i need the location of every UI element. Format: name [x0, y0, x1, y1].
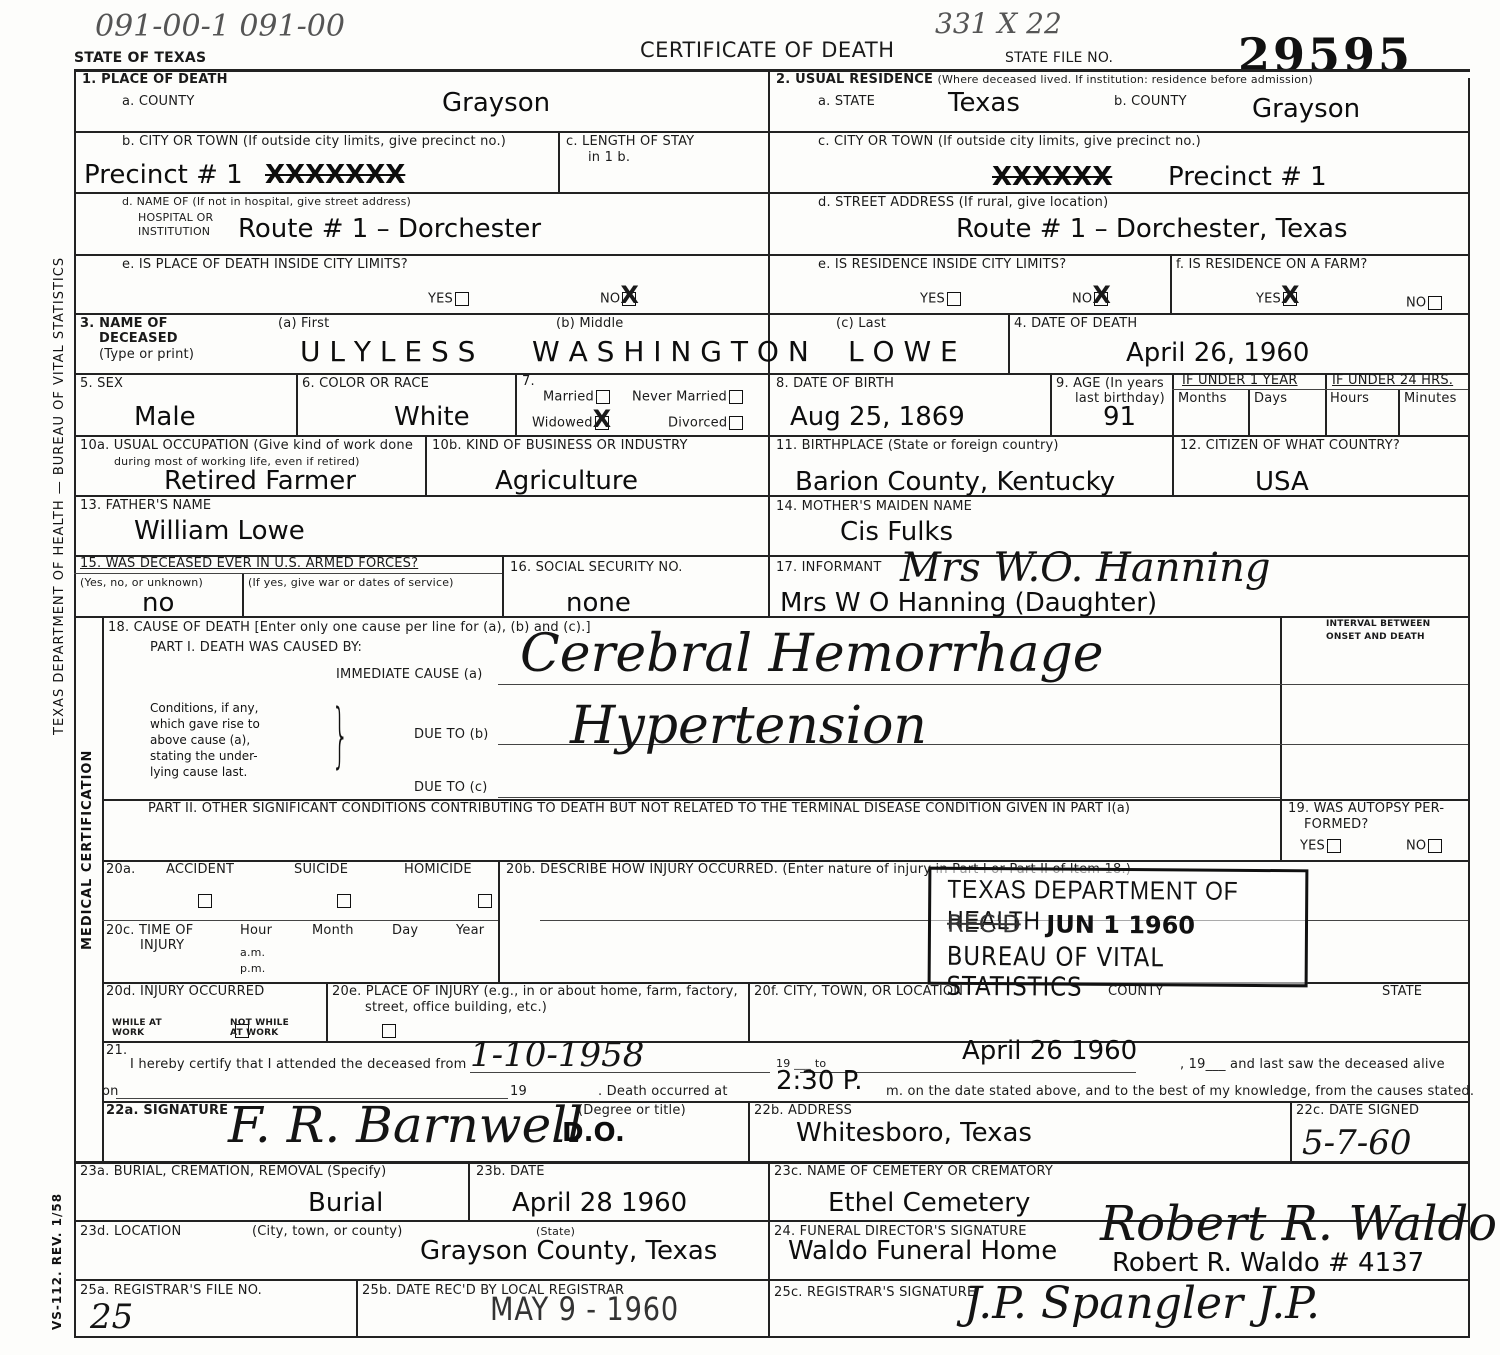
- residence-limits-no[interactable]: NO: [1072, 292, 1108, 307]
- usual-residence-note: (Where deceased lived. If institution: r…: [937, 73, 1312, 86]
- address-label: 22b. ADDRESS: [754, 1104, 852, 1119]
- inside-city-limits-label: e. IS PLACE OF DEATH INSIDE CITY LIMITS?: [122, 258, 408, 273]
- note-line: lying cause last.: [150, 764, 260, 780]
- attended-to-date[interactable]: April 26 1960: [962, 1038, 1137, 1064]
- city-town-label: b. CITY OR TOWN (If outside city limits,…: [122, 135, 506, 150]
- stamp-line2: REC'D JUN 1 1960: [947, 910, 1195, 940]
- father-name[interactable]: William Lowe: [134, 518, 305, 544]
- residence-city-label: c. CITY OR TOWN (If outside city limits,…: [818, 135, 1201, 150]
- date-of-death[interactable]: April 26, 1960: [1126, 340, 1309, 366]
- frame-left: [74, 69, 76, 1337]
- col-line: [296, 373, 298, 435]
- col-line: [558, 131, 560, 193]
- row-line: [74, 616, 1470, 618]
- certification-label: 21.: [106, 1044, 127, 1059]
- state-file-label: STATE FILE NO.: [1005, 50, 1113, 66]
- degree-label: (Degree or title): [578, 1104, 686, 1119]
- autopsy-yes[interactable]: YES: [1300, 839, 1341, 854]
- registrar-signature: J.P. Spangler J.P.: [964, 1282, 1320, 1326]
- no-label: NO: [1406, 839, 1426, 854]
- race[interactable]: White: [394, 404, 470, 430]
- date-signed[interactable]: 5-7-60: [1302, 1126, 1412, 1160]
- marital-married[interactable]: Married: [543, 390, 610, 405]
- place-of-injury-label: 20e. PLACE OF INJURY (e.g., in or about …: [332, 985, 738, 1000]
- col-line: [748, 982, 750, 1042]
- col-line: [1170, 254, 1172, 314]
- col-line: [768, 1161, 770, 1336]
- certify-text: I hereby certify that I attended the dec…: [130, 1058, 466, 1073]
- never-married-label: Never Married: [632, 390, 727, 405]
- checkbox-homicide[interactable]: [478, 894, 492, 908]
- death-time[interactable]: 2:30 P.: [776, 1068, 863, 1094]
- department-side-label: TEXAS DEPARTMENT OF HEALTH — BUREAU OF V…: [52, 257, 67, 735]
- row-line: [74, 313, 1470, 315]
- hospital-institution[interactable]: Route # 1 – Dorchester: [238, 216, 541, 242]
- birthplace-label: 11. BIRTHPLACE (State or foreign country…: [776, 439, 1059, 454]
- checkbox-yes-checked[interactable]: [1283, 292, 1297, 306]
- form-number-side-label: VS-112. REV. 1/58: [50, 1193, 64, 1330]
- registrar-file-no[interactable]: 25: [90, 1300, 133, 1334]
- place-of-death-county[interactable]: Grayson: [442, 90, 550, 116]
- medical-inner-border: [102, 616, 104, 1161]
- hour-label: Hour: [240, 924, 272, 939]
- brace-icon: }: [331, 700, 349, 770]
- sex-label: 5. SEX: [80, 377, 123, 392]
- hospital-label-2: HOSPITAL OR: [138, 212, 213, 225]
- hours-label: Hours: [1330, 392, 1369, 407]
- residence-state-label: a. STATE: [818, 95, 875, 110]
- injury-occurred-label: 20d. INJURY OCCURRED: [106, 985, 264, 1000]
- row-line: [1172, 389, 1468, 390]
- checkbox-no-checked[interactable]: [1094, 292, 1108, 306]
- not-while-at-work-label: NOT WHILE AT WORK: [230, 1018, 294, 1038]
- stamp-date: JUN 1 1960: [1046, 911, 1195, 940]
- checkbox-yes[interactable]: [1327, 839, 1341, 853]
- street-address-label: d. STREET ADDRESS (If rural, give locati…: [818, 196, 1108, 211]
- checkbox-suicide[interactable]: [337, 894, 351, 908]
- residence-city[interactable]: Precinct # 1: [1168, 164, 1327, 190]
- last-saw-text: , 19___ and last saw the deceased alive: [1180, 1058, 1445, 1073]
- under-24hrs-label: IF UNDER 24 HRS.: [1332, 374, 1453, 389]
- checkbox-yes[interactable]: [455, 292, 469, 306]
- race-label: 6. COLOR OR RACE: [302, 377, 429, 392]
- certify-text-3: m. on the date stated above, and to the …: [886, 1085, 1474, 1100]
- funeral-director-name[interactable]: Robert R. Waldo # 4137: [1112, 1250, 1424, 1276]
- checkbox-married[interactable]: [596, 390, 610, 404]
- informant-label: 17. INFORMANT: [776, 561, 881, 576]
- burial-date[interactable]: April 28 1960: [512, 1190, 687, 1216]
- no-label: NO: [1072, 292, 1092, 307]
- yes-label: YES: [428, 292, 453, 307]
- cause-line-a: [498, 684, 1468, 685]
- residence-limits-yes[interactable]: YES: [920, 292, 961, 307]
- last-name-label: (c) Last: [836, 317, 886, 332]
- usual-occupation[interactable]: Retired Farmer: [164, 468, 356, 494]
- days-label: Days: [1254, 392, 1287, 407]
- farm-yes[interactable]: YES: [1256, 292, 1297, 307]
- conditions-note: Conditions, if any, which gave rise to a…: [150, 700, 260, 780]
- frame-bottom: [74, 1336, 1470, 1338]
- pm-label: p.m.: [240, 963, 266, 976]
- first-name-label: (a) First: [278, 317, 329, 332]
- col-line: [1325, 373, 1327, 435]
- cause-line-c: [498, 797, 1280, 798]
- no-label: NO: [1406, 296, 1426, 311]
- residence-county-label: b. COUNTY: [1114, 95, 1187, 110]
- col-line: [1172, 373, 1174, 495]
- injury-type-label: 20a.: [106, 863, 135, 878]
- last-name[interactable]: L O W E: [848, 338, 958, 366]
- accident-label: ACCIDENT: [166, 863, 234, 878]
- inside-limits-no[interactable]: NO: [600, 292, 636, 307]
- widowed-label: Widowed: [532, 416, 593, 431]
- minutes-label: Minutes: [1404, 392, 1457, 407]
- col-line: [1290, 1101, 1292, 1161]
- time-of-injury-label-2: INJURY: [140, 939, 184, 954]
- row-line: [74, 254, 1470, 256]
- father-label: 13. FATHER'S NAME: [80, 499, 211, 514]
- time-of-injury-label: 20c. TIME OF: [106, 924, 193, 939]
- cemetery-name[interactable]: Ethel Cemetery: [828, 1190, 1030, 1216]
- injury-city-label: 20f. CITY, TOWN, OR LOCATION: [754, 985, 963, 1000]
- inside-limits-yes[interactable]: YES: [428, 292, 469, 307]
- date-of-death-label: 4. DATE OF DEATH: [1014, 317, 1137, 332]
- citizen-label: 12. CITIZEN OF WHAT COUNTRY?: [1180, 439, 1400, 454]
- armed-forces-label: 15. WAS DECEASED EVER IN U.S. ARMED FORC…: [80, 557, 418, 572]
- county-label: a. COUNTY: [122, 95, 194, 110]
- physician-address[interactable]: Whitesboro, Texas: [796, 1120, 1032, 1146]
- divorced-label: Divorced: [668, 416, 727, 431]
- checkbox-no-checked[interactable]: [622, 292, 636, 306]
- hospital-label: d. NAME OF (If not in hospital, give str…: [122, 196, 411, 209]
- state-label: STATE OF TEXAS: [74, 50, 206, 66]
- col-line: [326, 982, 328, 1042]
- frame-right: [1468, 78, 1470, 1338]
- interval-label: INTERVAL BETWEEN: [1326, 619, 1430, 629]
- col-line: [1050, 373, 1052, 435]
- social-security-no[interactable]: none: [566, 590, 631, 616]
- funeral-home[interactable]: Waldo Funeral Home: [788, 1238, 1057, 1264]
- under-year-label: IF UNDER 1 YEAR: [1182, 374, 1298, 389]
- occupation-label: 10a. USUAL OCCUPATION (Give kind of work…: [80, 439, 413, 454]
- autopsy-label-2: FORMED?: [1304, 818, 1368, 833]
- mother-label: 14. MOTHER'S MAIDEN NAME: [776, 500, 972, 515]
- interval-column-line: [1280, 616, 1282, 861]
- note-line: stating the under-: [150, 748, 260, 764]
- immediate-cause[interactable]: Cerebral Hemorrhage: [520, 628, 1104, 680]
- yes-label: YES: [1256, 292, 1281, 307]
- am-label: a.m.: [240, 947, 265, 960]
- signature-label: 22a. SIGNATURE: [106, 1104, 228, 1119]
- col-line: [425, 435, 427, 495]
- due-to-b-label: DUE TO (b): [414, 728, 489, 743]
- autopsy-label: 19. WAS AUTOPSY PER-: [1288, 802, 1444, 817]
- place-of-death-city[interactable]: Precinct # 1: [84, 162, 243, 188]
- degree[interactable]: D.O.: [562, 1120, 625, 1146]
- struck-text: XXXXXX: [992, 164, 1112, 190]
- kind-of-business[interactable]: Agriculture: [495, 468, 638, 494]
- row-line: [102, 920, 498, 921]
- note-line: Conditions, if any,: [150, 700, 260, 716]
- checkbox-never-married[interactable]: [729, 390, 743, 404]
- name-of-deceased-label: 3. NAME OF: [80, 317, 168, 332]
- part2-label: PART II. OTHER SIGNIFICANT CONDITIONS CO…: [148, 802, 1130, 817]
- age[interactable]: 91: [1103, 404, 1136, 430]
- armed-forces-sub2: (If yes, give war or dates of service): [248, 577, 454, 590]
- dob-label: 8. DATE OF BIRTH: [776, 377, 894, 392]
- col-line: [1398, 390, 1400, 435]
- checkbox-widowed-checked[interactable]: [595, 416, 609, 430]
- residence-inside-limits-label: e. IS RESIDENCE INSIDE CITY LIMITS?: [818, 258, 1066, 273]
- cemetery-label: 23c. NAME OF CEMETERY OR CREMATORY: [774, 1165, 1053, 1180]
- farm-no[interactable]: NO: [1406, 296, 1442, 311]
- col-line: [356, 1279, 358, 1336]
- name-of-deceased-label-2: DECEASED: [99, 332, 178, 347]
- usual-residence-label: 2. USUAL RESIDENCE: [776, 72, 933, 87]
- physician-signature: F. R. Barnwell: [228, 1100, 583, 1150]
- place-of-injury-label-2: street, office building, etc.): [365, 1001, 547, 1016]
- row-line: [74, 131, 1470, 133]
- birthplace[interactable]: Barion County, Kentucky: [795, 469, 1115, 495]
- burial-method[interactable]: Burial: [308, 1190, 383, 1216]
- month-label: Month: [312, 924, 354, 939]
- checkbox-accident[interactable]: [198, 894, 212, 908]
- row-line: [74, 573, 502, 574]
- homicide-label: HOMICIDE: [404, 863, 472, 878]
- cause-of-death-label: 18. CAUSE OF DEATH [Enter only one cause…: [108, 621, 591, 636]
- col-line: [1008, 313, 1010, 373]
- married-label: Married: [543, 390, 594, 405]
- death-occurred-label: . Death occurred at: [598, 1085, 728, 1100]
- hospital-label-3: INSTITUTION: [138, 226, 210, 239]
- informant[interactable]: Mrs W O Hanning (Daughter): [780, 590, 1157, 616]
- yes-label: YES: [1300, 839, 1325, 854]
- col-line: [468, 1161, 470, 1221]
- year-label: Year: [456, 924, 484, 939]
- part1-label: PART I. DEATH WAS CAUSED BY:: [150, 641, 362, 656]
- handwritten-code-left: 091-00-1 091-00: [95, 12, 345, 42]
- on-label: on: [102, 1085, 119, 1100]
- months-label: Months: [1178, 392, 1227, 407]
- ssn-label: 16. SOCIAL SECURITY NO.: [510, 561, 683, 576]
- type-or-print-label: (Type or print): [99, 348, 194, 363]
- residence-state[interactable]: Texas: [948, 90, 1020, 116]
- residence-county[interactable]: Grayson: [1252, 96, 1360, 122]
- date-received[interactable]: MAY 9 - 1960: [490, 1290, 679, 1328]
- checkbox-not-while-at-work[interactable]: [382, 1024, 396, 1038]
- checkbox-divorced[interactable]: [729, 416, 743, 430]
- col-line: [242, 573, 244, 616]
- burial-date-label: 23b. DATE: [476, 1165, 545, 1180]
- checkbox-no[interactable]: [1428, 296, 1442, 310]
- registrar-signature-label: 25c. REGISTRAR'S SIGNATURE: [774, 1286, 975, 1301]
- first-name[interactable]: U L Y L E S S: [300, 338, 475, 366]
- stamp-recd: REC'D: [947, 910, 1021, 939]
- industry-label: 10b. KIND OF BUSINESS OR INDUSTRY: [432, 439, 688, 454]
- informant-signature: Mrs W.O. Hanning: [900, 548, 1270, 588]
- day-label: Day: [392, 924, 418, 939]
- stamp-line3: BUREAU OF VITAL STATISTICS: [946, 942, 1261, 1004]
- autopsy-no[interactable]: NO: [1406, 839, 1442, 854]
- sex[interactable]: Male: [134, 404, 196, 430]
- immediate-cause-label: IMMEDIATE CAUSE (a): [336, 668, 483, 683]
- note-line: above cause (a),: [150, 732, 260, 748]
- location-label: 23d. LOCATION: [80, 1225, 181, 1240]
- marital-never-married[interactable]: Never Married: [632, 390, 743, 405]
- date-signed-label: 22c. DATE SIGNED: [1296, 1104, 1419, 1119]
- funeral-director-signature: Robert R. Waldo: [1100, 1200, 1497, 1248]
- col-line: [1248, 390, 1250, 435]
- date-of-birth[interactable]: Aug 25, 1869: [790, 404, 965, 430]
- middle-name[interactable]: W A S H I N G T O N: [532, 338, 809, 366]
- checkbox-no[interactable]: [1428, 839, 1442, 853]
- mother-maiden-name[interactable]: Cis Fulks: [840, 519, 953, 545]
- col-line: [515, 373, 517, 435]
- while-at-work-label: WHILE AT WORK: [112, 1018, 162, 1038]
- frame-top: [74, 69, 1470, 72]
- marital-label: 7.: [522, 375, 535, 390]
- marital-divorced[interactable]: Divorced: [668, 416, 743, 431]
- middle-name-label: (b) Middle: [556, 317, 623, 332]
- handwritten-code-right: 331 X 22: [935, 10, 1062, 38]
- burial-method-label: 23a. BURIAL, CREMATION, REMOVAL (Specify…: [80, 1165, 386, 1180]
- marital-widowed[interactable]: Widowed: [532, 416, 609, 431]
- row-line: [102, 1041, 1468, 1043]
- age-label: 9. AGE (In years: [1056, 377, 1164, 392]
- row-line: [74, 435, 1470, 437]
- armed-forces[interactable]: no: [142, 590, 174, 616]
- struck-text: XXXXXXX: [265, 162, 405, 188]
- suicide-label: SUICIDE: [294, 863, 348, 878]
- location-sublabel: (City, town, or county): [252, 1225, 402, 1240]
- col-line: [748, 1101, 750, 1161]
- burial-location[interactable]: Grayson County, Texas: [420, 1238, 717, 1264]
- due-to-c-label: DUE TO (c): [414, 781, 487, 796]
- interval-label-2: ONSET AND DEATH: [1326, 632, 1425, 642]
- checkbox-yes[interactable]: [947, 292, 961, 306]
- attended-from-date[interactable]: 1-10-1958: [470, 1038, 644, 1072]
- residence-street[interactable]: Route # 1 – Dorchester, Texas: [956, 216, 1348, 242]
- row-line: [74, 192, 1470, 194]
- citizenship[interactable]: USA: [1255, 469, 1309, 495]
- col-line: [498, 860, 500, 982]
- length-of-stay-sublabel: in 1 b.: [588, 151, 630, 166]
- due-to-b[interactable]: Hypertension: [570, 700, 927, 752]
- yes-label: YES: [920, 292, 945, 307]
- length-of-stay-label: c. LENGTH OF STAY: [566, 135, 694, 150]
- injury-state-label: STATE: [1382, 985, 1422, 1000]
- no-label: NO: [600, 292, 620, 307]
- note-line: which gave rise to: [150, 716, 260, 732]
- place-of-death-label: 1. PLACE OF DEATH: [82, 73, 228, 88]
- col-line: [502, 555, 504, 616]
- farm-label: f. IS RESIDENCE ON A FARM?: [1176, 258, 1367, 273]
- received-stamp: TEXAS DEPARTMENT OF HEALTH REC'D JUN 1 1…: [928, 867, 1309, 988]
- medical-certification-side-label: MEDICAL CERTIFICATION: [80, 750, 95, 950]
- certificate-title: CERTIFICATE OF DEATH: [640, 38, 895, 62]
